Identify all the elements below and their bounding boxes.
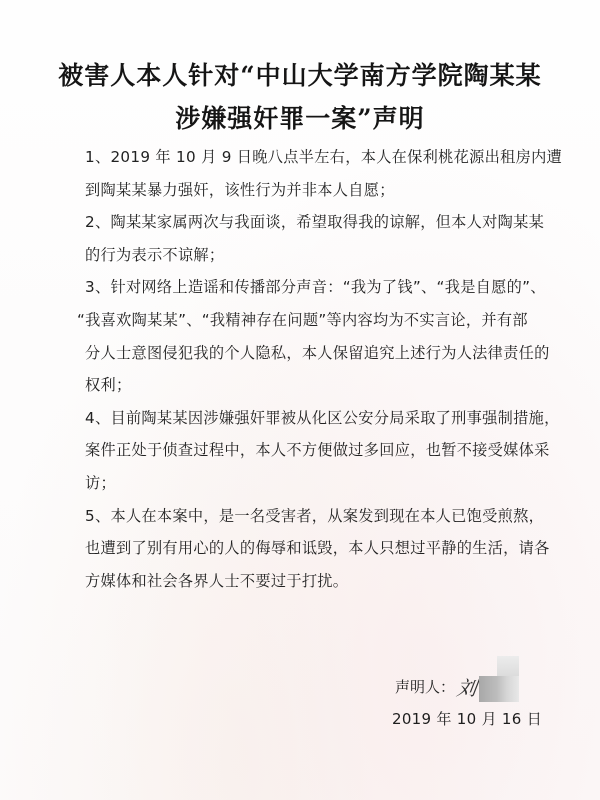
document-title-line-1: 被害人本人针对“中山大学南方学院陶某某 bbox=[0, 56, 600, 92]
paragraph-line: 的行为表示不谅解； bbox=[85, 239, 535, 272]
paragraph-line: 到陶某某暴力强奸，该性行为并非本人自愿； bbox=[85, 174, 535, 207]
statement-paragraph-1: 1、2019 年 10 月 9 日晚八点半左右，本人在保利桃花源出租房内遭 到陶… bbox=[85, 141, 535, 206]
paragraph-line: 访； bbox=[85, 467, 535, 500]
paragraph-line: 5、本人在本案中，是一名受害者，从案发到现在本人已饱受煎熬， bbox=[85, 500, 535, 533]
statement-paragraph-4: 4、目前陶某某因涉嫌强奸罪被从化区公安分局采取了刑事强制措施， 案件正处于侦查过… bbox=[85, 402, 535, 500]
signature-block: 声明人： 刘 bbox=[395, 672, 519, 701]
paragraph-line: 3、针对网络上造谣和传播部分声音：“我为了钱”、“我是自愿的”、 bbox=[85, 271, 535, 304]
paragraph-line: 权利； bbox=[85, 369, 535, 402]
paragraph-line: 2、陶某某家属两次与我面谈，希望取得我的谅解，但本人对陶某某 bbox=[85, 206, 535, 239]
paragraph-line: 分人士意图侵犯我的个人隐私，本人保留追究上述行为人法律责任的 bbox=[85, 337, 535, 370]
handwritten-signature: 刘 bbox=[455, 672, 479, 701]
document-page: 被害人本人针对“中山大学南方学院陶某某 涉嫌强奸罪一案”声明 1、2019 年 … bbox=[0, 0, 600, 800]
paragraph-line: 4、目前陶某某因涉嫌强奸罪被从化区公安分局采取了刑事强制措施， bbox=[85, 402, 535, 435]
paragraph-line: 1、2019 年 10 月 9 日晚八点半左右，本人在保利桃花源出租房内遭 bbox=[85, 141, 535, 174]
signature-label: 声明人： bbox=[395, 676, 455, 697]
paragraph-line: 案件正处于侦查过程中，本人不方便做过多回应，也暂不接受媒体采 bbox=[85, 434, 535, 467]
statement-paragraph-5: 5、本人在本案中，是一名受害者，从案发到现在本人已饱受煎熬， 也遭到了别有用心的… bbox=[85, 500, 535, 598]
statement-date: 2019 年 10 月 16 日 bbox=[392, 708, 542, 729]
statement-body: 1、2019 年 10 月 9 日晚八点半左右，本人在保利桃花源出租房内遭 到陶… bbox=[85, 141, 535, 597]
statement-paragraph-3: 3、针对网络上造谣和传播部分声音：“我为了钱”、“我是自愿的”、 “我喜欢陶某某… bbox=[85, 271, 535, 401]
paragraph-line: 也遭到了别有用心的人的侮辱和诋毁，本人只想过平静的生活，请各 bbox=[85, 532, 535, 565]
statement-paragraph-2: 2、陶某某家属两次与我面谈，希望取得我的谅解，但本人对陶某某 的行为表示不谅解； bbox=[85, 206, 535, 271]
document-title-line-2: 涉嫌强奸罪一案”声明 bbox=[0, 99, 600, 135]
paragraph-line: 方媒体和社会各界人士不要过于打扰。 bbox=[85, 565, 535, 598]
redacted-name-blur bbox=[479, 676, 519, 702]
paragraph-line: “我喜欢陶某某”、“我精神存在问题”等内容均为不实言论，并有部 bbox=[77, 304, 535, 337]
